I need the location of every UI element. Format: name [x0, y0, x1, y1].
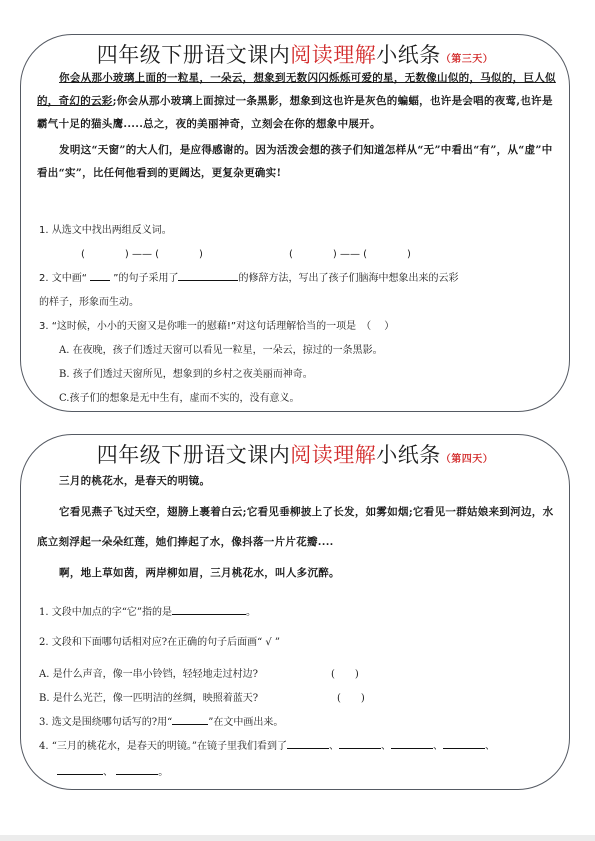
question-2: 2. 文段和下面哪句话相对应?在正确的句子后面画“ √ ” [39, 633, 280, 648]
passage-paragraph-1: 三月的桃花水，是春天的明镜。 [37, 467, 559, 495]
question-4-cont: 、 。 [57, 763, 168, 778]
q2-text-a: 2. 文中画“ [39, 273, 90, 284]
answer-blank-5[interactable] [57, 764, 103, 775]
q3-text-a: 3. 选文是围绕哪句话写的?用“ [39, 717, 172, 728]
question-1: 1. 文段中加点的字“它”指的是。 [39, 603, 256, 618]
question-2: 2. 文中画“ ”的句子采用了的修辞方法，写出了孩子们脑海中想象出来的云彩 [39, 269, 458, 284]
option-a-paren[interactable]: ( ) [331, 665, 359, 680]
passage-text: ;你会从那小玻璃上面掠过一条黑影，想象到这也许是灰色的蝙蝠，也许是会唱的夜莺,也… [37, 95, 553, 130]
option-b-text: B. 是什么光芒，像一匹明洁的丝绸，映照着蓝天? [39, 693, 258, 704]
title-suffix: 小纸条 [376, 443, 441, 467]
separator: 、 [329, 741, 339, 752]
separator: 、 [485, 741, 495, 752]
answer-blank[interactable] [172, 604, 246, 615]
title-highlight: 阅读理解 [290, 43, 376, 67]
answer-blank-6[interactable] [116, 764, 158, 775]
underline-sample [172, 714, 208, 725]
end-mark: 。 [158, 767, 168, 778]
passage-paragraph-3: 啊，地上草如茵，两岸柳如眉，三月桃花水，叫人多沉醉。 [37, 559, 559, 587]
question-3: 3. 选文是围绕哪句话写的?用“”在文中画出来。 [39, 713, 283, 728]
answer-pair-2[interactable]: ( ) —— ( ) [289, 245, 411, 260]
passage-paragraph-2: 它看见燕子飞过天空，翅膀上裹着白云;它看见垂柳披上了长发，如雾如烟;它看见一群姑… [37, 497, 559, 557]
answer-blank-4[interactable] [443, 738, 485, 749]
reading-card-day3: 四年级下册语文课内阅读理解小纸条（第三天） 你会从那小玻璃上面的一粒星，一朵云，… [20, 34, 570, 412]
option-a[interactable]: A. 在夜晚，孩子们透过天窗可以看见一粒星，一朵云，掠过的一条黑影。 [59, 341, 383, 356]
title-prefix: 四年级下册语文课内 [97, 443, 291, 467]
card-title: 四年级下册语文课内阅读理解小纸条（第四天） [21, 439, 569, 469]
option-b-paren[interactable]: ( ) [337, 689, 365, 704]
q4-text: 4. “三月的桃花水，是春天的明镜。”在镜子里我们看到了 [39, 741, 287, 752]
answer-blank-3[interactable] [391, 738, 433, 749]
title-highlight: 阅读理解 [290, 443, 376, 467]
answer-blank-1[interactable] [287, 738, 329, 749]
q3-text-b: ”在文中画出来。 [208, 717, 283, 728]
q1-text: 1. 文段中加点的字“它”指的是 [39, 607, 172, 618]
answer-blank-2[interactable] [339, 738, 381, 749]
question-1: 1. 从选文中找出两组反义词。 [39, 221, 172, 236]
option-b[interactable]: B. 孩子们透过天窗所见，想象到的乡村之夜美丽而神奇。 [59, 365, 313, 380]
option-b: B. 是什么光芒，像一匹明洁的丝绸，映照着蓝天? [39, 689, 258, 704]
page-bottom-edge [0, 835, 595, 841]
q2-text-b: ”的句子采用了 [110, 273, 178, 284]
question-2-cont: 的样子，形象而生动。 [39, 293, 139, 308]
separator: 、 [381, 741, 391, 752]
underline-blank [90, 270, 110, 281]
option-a: A. 是什么声音，像一串小铃铛，轻轻地走过村边? [39, 665, 258, 680]
option-c[interactable]: C.孩子们的想象是无中生有，虚而不实的，没有意义。 [59, 389, 299, 404]
q2-text-c: 的修辞方法，写出了孩子们脑海中想象出来的云彩 [238, 273, 458, 284]
title-prefix: 四年级下册语文课内 [97, 43, 291, 67]
passage-paragraph-2: 发明这“天窗”的大人们，是应得感谢的。因为活泼会想的孩子们知道怎样从“无”中看出… [37, 139, 559, 185]
card-title: 四年级下册语文课内阅读理解小纸条（第三天） [21, 39, 569, 69]
passage-paragraph-1: 你会从那小玻璃上面的一粒星，一朵云，想象到无数闪闪烁烁可爱的星，无数像山似的，马… [37, 67, 559, 136]
title-suffix: 小纸条 [376, 43, 441, 67]
separator: 、 [103, 767, 113, 778]
question-3: 3. “这时候，小小的天窗又是你唯一的慰藉!”对这句话理解恰当的一项是 （ ） [39, 317, 394, 332]
title-day: （第三天） [441, 54, 494, 65]
question-4: 4. “三月的桃花水，是春天的明镜。”在镜子里我们看到了、、、、 [39, 737, 495, 752]
title-day: （第四天） [441, 454, 494, 465]
answer-blank[interactable] [178, 270, 238, 281]
separator: 、 [433, 741, 443, 752]
reading-card-day4: 四年级下册语文课内阅读理解小纸条（第四天） 三月的桃花水，是春天的明镜。 它看见… [20, 434, 570, 790]
q1-end: 。 [246, 607, 256, 618]
answer-pair-1[interactable]: ( ) —— ( ) [81, 245, 203, 260]
option-a-text: A. 是什么声音，像一串小铃铛，轻轻地走过村边? [39, 669, 258, 680]
